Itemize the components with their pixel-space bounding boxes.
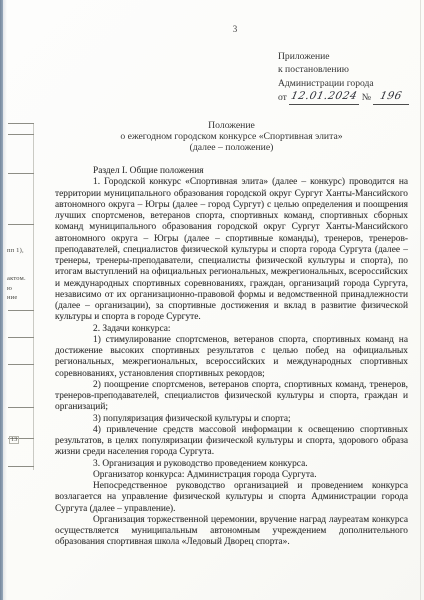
paragraph: Непосредственное руководство организацие… [55,481,408,515]
number-sign: № [362,92,371,103]
margin-vertical-rule [33,123,34,470]
paragraph: 3. Организация и руководство проведением… [55,459,408,470]
margin-rule-line [8,173,34,174]
margin-text-fragment: актом. [7,275,26,282]
margin-rule-line [8,337,34,338]
appendix-block: Приложение к постановлению Администрации… [278,50,410,105]
title-line: Положение [55,120,408,131]
document-title: Положение о ежегодном городском конкурсе… [55,120,408,153]
margin-text-fragment: ю [7,285,12,292]
margin-rule-line [8,123,34,124]
page-number: 3 [55,24,415,34]
paragraph: 1. Городской конкурс «Спортивная элита» … [55,177,408,323]
date-blank: 12.01.2024 [289,90,359,104]
number-blank: 196 [373,90,409,104]
paragraph: 3) популяризация физической культуры и с… [55,414,408,425]
margin-rule-line [8,407,34,408]
title-line: (далее – положение) [55,142,408,153]
paragraph: Организация торжественной церемонии, вру… [55,515,408,549]
appendix-line: Администрации города [278,77,410,90]
handwritten-number: 196 [379,91,403,102]
appendix-line: Приложение [278,50,410,63]
paragraph: Организатор конкурса: Администрация горо… [55,470,408,481]
margin-text-fragment: пп 1), [7,247,24,254]
paragraph: 1) стимулирование спортсменов, ветеранов… [55,335,408,380]
margin-rule-line [8,364,34,365]
paper-right-edge [420,0,421,600]
margin-text-fragment: 13 [9,436,19,444]
appendix-line: к постановлению [278,63,410,76]
title-line: о ежегодном городском конкурсе «Спортивн… [55,131,408,142]
margin-rule-line [8,134,34,135]
paragraph: 4) привлечение средств массовой информац… [55,425,408,459]
document-body: Раздел I. Общие положения 1. Городской к… [55,166,408,549]
margin-rule-line [8,466,34,467]
appendix-date-line: от 12.01.2024 № 196 [278,90,410,104]
margin-rule-line [8,224,34,225]
handwritten-date: 12.01.2024 [290,91,358,102]
date-label: от [278,92,287,103]
margin-text-fragment: ние [7,294,17,301]
margin-rule-line [8,310,34,311]
paragraph: 2) поощрение спортсменов, ветеранов спор… [55,380,408,414]
paragraph: 2. Задачи конкурса: [55,324,408,335]
section-heading: Раздел I. Общие положения [55,166,408,177]
scanned-document-page: пп 1), актом. ю ние 13 3 Приложение к по… [0,0,424,600]
